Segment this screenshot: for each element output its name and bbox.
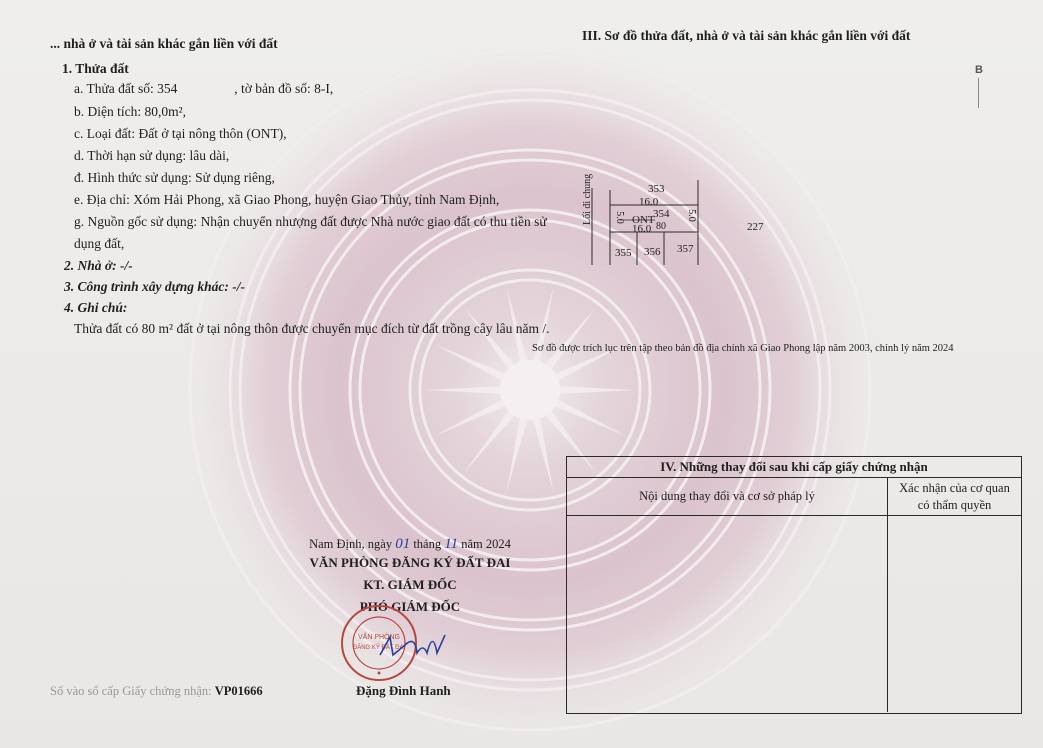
section2-house: 2. Nhà ở: -/-	[64, 258, 133, 274]
south-neighbor-357: 357	[677, 243, 694, 255]
place-date: Nam Định, ngày 01 tháng 11 năm 2024	[290, 536, 530, 553]
changes-table-header: Nội dung thay đổi và cơ sở pháp lý Xác n…	[567, 478, 1021, 516]
authority-cell	[888, 516, 1021, 712]
section3-structures: 3. Công trình xây dựng khác: -/-	[64, 279, 245, 295]
section4-notes-title: 4. Ghi chú:	[64, 300, 127, 316]
col2-line2: có thẩm quyền	[888, 497, 1021, 514]
item-land-type: c. Loại đất: Đất ở tại nông thôn (ONT),	[74, 126, 287, 142]
top-length: 16.0	[639, 196, 658, 208]
cert-number-row: Số vào sổ cấp Giấy chứng nhận: VP01666	[50, 684, 263, 699]
item-origin-cont: dụng đất,	[74, 236, 124, 252]
east-neighbor: 227	[747, 221, 764, 233]
item-parcel-number: a. Thửa đất số: 354 , tờ bản đồ số: 8-I,	[74, 81, 333, 97]
date-day: 01	[395, 536, 410, 552]
col2-line1: Xác nhận của cơ quan	[888, 480, 1021, 497]
cert-number-label: Số vào sổ cấp Giấy chứng nhận:	[50, 684, 212, 698]
certificate-page: ... nhà ở và tài sản khác gắn liền với đ…	[0, 0, 1043, 748]
col-authority-confirmation: Xác nhận của cơ quan có thẩm quyền	[888, 478, 1021, 515]
month-label: tháng	[413, 537, 441, 551]
road-label: Lối đi chung	[582, 174, 593, 225]
changes-table: IV. Những thay đổi sau khi cấp giấy chứn…	[566, 456, 1022, 714]
item-usage-form: đ. Hình thức sử dụng: Sử dụng riêng,	[74, 170, 275, 186]
parcel-number: 354	[653, 208, 670, 220]
col-change-content: Nội dung thay đổi và cơ sở pháp lý	[567, 478, 888, 515]
parcel-area: 80	[656, 221, 666, 232]
map-note: Sơ đồ được trích lục trên tập theo bản đ…	[532, 343, 954, 354]
section1-title: 1. Thửa đất	[62, 61, 129, 77]
section3-diagram-title: III. Sơ đồ thửa đất, nhà ở và tài sản kh…	[582, 28, 910, 44]
cert-number: VP01666	[215, 684, 263, 698]
north-arrow-line	[978, 78, 979, 108]
north-neighbor: 353	[648, 183, 665, 195]
south-neighbor-356: 356	[644, 246, 661, 258]
changes-content-cell	[567, 516, 888, 712]
item-origin: g. Nguồn gốc sử dụng: Nhận chuyển nhượng…	[74, 214, 547, 230]
left-width: 5.0	[614, 211, 625, 224]
left-header: ... nhà ở và tài sản khác gắn liền với đ…	[50, 36, 278, 52]
date-month: 11	[444, 536, 458, 552]
item-address: e. Địa chỉ: Xóm Hải Phong, xã Giao Phong…	[74, 192, 499, 208]
item-map-sheet: , tờ bản đồ số: 8-I,	[234, 81, 333, 96]
north-marker: B	[975, 64, 983, 76]
south-neighbor-355: 355	[615, 247, 632, 259]
kt-director: KT. GIÁM ĐỐC	[290, 577, 530, 593]
item-area: b. Diện tích: 80,0m²,	[74, 104, 186, 120]
changes-table-title: IV. Những thay đổi sau khi cấp giấy chứn…	[567, 457, 1021, 478]
bottom-length: 16.0	[632, 223, 651, 235]
right-width: 5.0	[686, 209, 697, 222]
changes-table-body	[567, 516, 1021, 712]
signer-name: Đặng Đình Hanh	[356, 683, 451, 699]
office-name: VĂN PHÒNG ĐĂNG KÝ ĐẤT ĐAI	[290, 555, 530, 571]
year-label: năm 2024	[461, 537, 511, 551]
place-date-prefix: Nam Định, ngày	[309, 537, 392, 551]
item-usage-term: d. Thời hạn sử dụng: lâu dài,	[74, 148, 229, 164]
item-parcel-label: a. Thửa đất số: 354	[74, 81, 177, 96]
parcel-diagram: Lối đi chung 353 16.0 5.0 ONT 354 80 16.…	[560, 170, 860, 270]
note-text: Thửa đất có 80 m² đất ở tại nông thôn đư…	[74, 321, 550, 337]
signature-icon	[375, 625, 455, 665]
